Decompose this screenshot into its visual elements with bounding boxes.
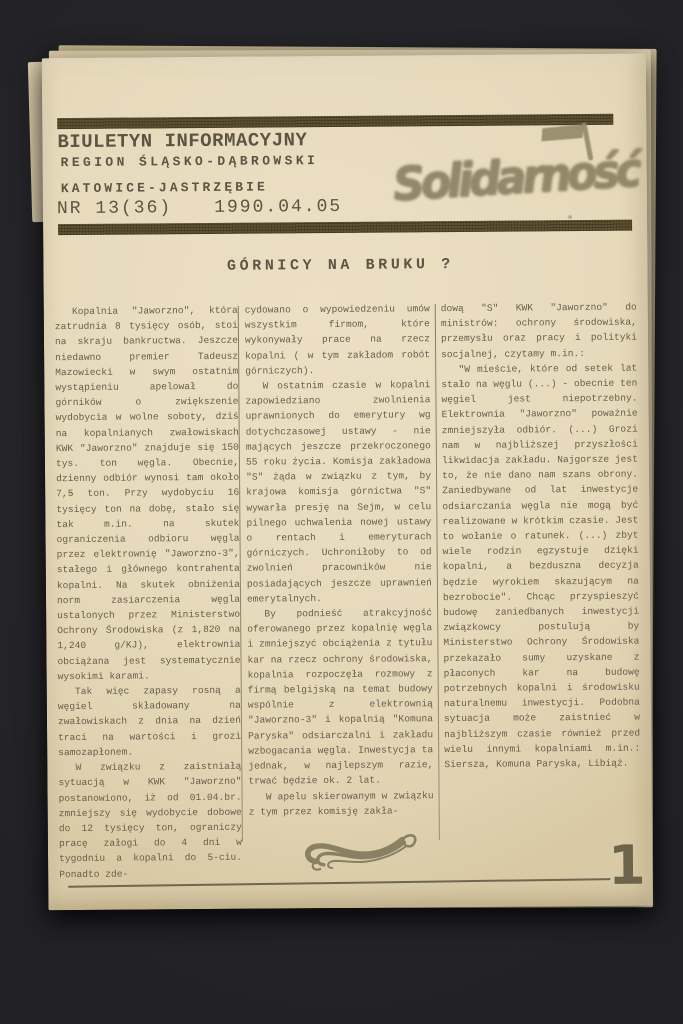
paragraph: dową "S" KWK "Jaworzno" do ministrów: oc… [441, 300, 637, 362]
paragraph: W apelu skierowanym w związku z tym prze… [249, 788, 434, 820]
masthead-bar-top [57, 114, 613, 129]
paragraph: W ostatnim czasie w kopalni zapowiedzian… [245, 377, 432, 606]
masthead-bar-bottom [58, 220, 632, 236]
photo-background: BIULETYN INFORMACYJNY REGION ŚLĄSKO-DĄBR… [0, 0, 683, 1024]
article-column-1: Kopalnia "Jaworzno", która zatrudnia 8 t… [55, 303, 243, 882]
issue-number: NR 13(36) [57, 198, 172, 219]
paragraph: cydowano o wypowiedzeniu umów wszystkim … [245, 301, 431, 378]
article-column-2: cydowano o wypowiedzeniu umów wszystkim … [245, 301, 434, 819]
paragraph: Kopalnia "Jaworzno", która zatrudnia 8 t… [55, 303, 241, 685]
paragraph: W związku z zaistniałą sytuacją w KWK "J… [58, 759, 242, 882]
paragraph: Tak więc zapasy rosną a węgiel składowan… [58, 683, 242, 760]
flourish-ornament-icon [303, 827, 421, 876]
page-number: 1 [608, 839, 644, 893]
city-line: KATOWICE-JASTRZĘBIE [61, 179, 268, 196]
region-line: REGION ŚLĄSKO-DĄBROWSKI [61, 153, 319, 170]
logo-wordmark: Solidarność [391, 144, 632, 212]
paper: BIULETYN INFORMACYJNY REGION ŚLĄSKO-DĄBR… [42, 53, 653, 910]
article-title: GÓRNICY NA BRUKU ? [43, 255, 637, 277]
paragraph: "W mieście, które od setek lat stało na … [441, 360, 640, 772]
issue-date: 1990.04.05 [214, 197, 342, 218]
article-column-3: dową "S" KWK "Jaworzno" do ministrów: oc… [441, 300, 641, 773]
column-divider [435, 304, 440, 840]
solidarnosc-logo: Solidarność [392, 128, 631, 234]
issue-line: NR 13(36) 1990.04.05 [57, 197, 342, 219]
paragraph: By podnieść atrakcyjność oferowanego prz… [247, 605, 433, 789]
bulletin-title: BIULETYN INFORMACYJNY [57, 129, 307, 153]
